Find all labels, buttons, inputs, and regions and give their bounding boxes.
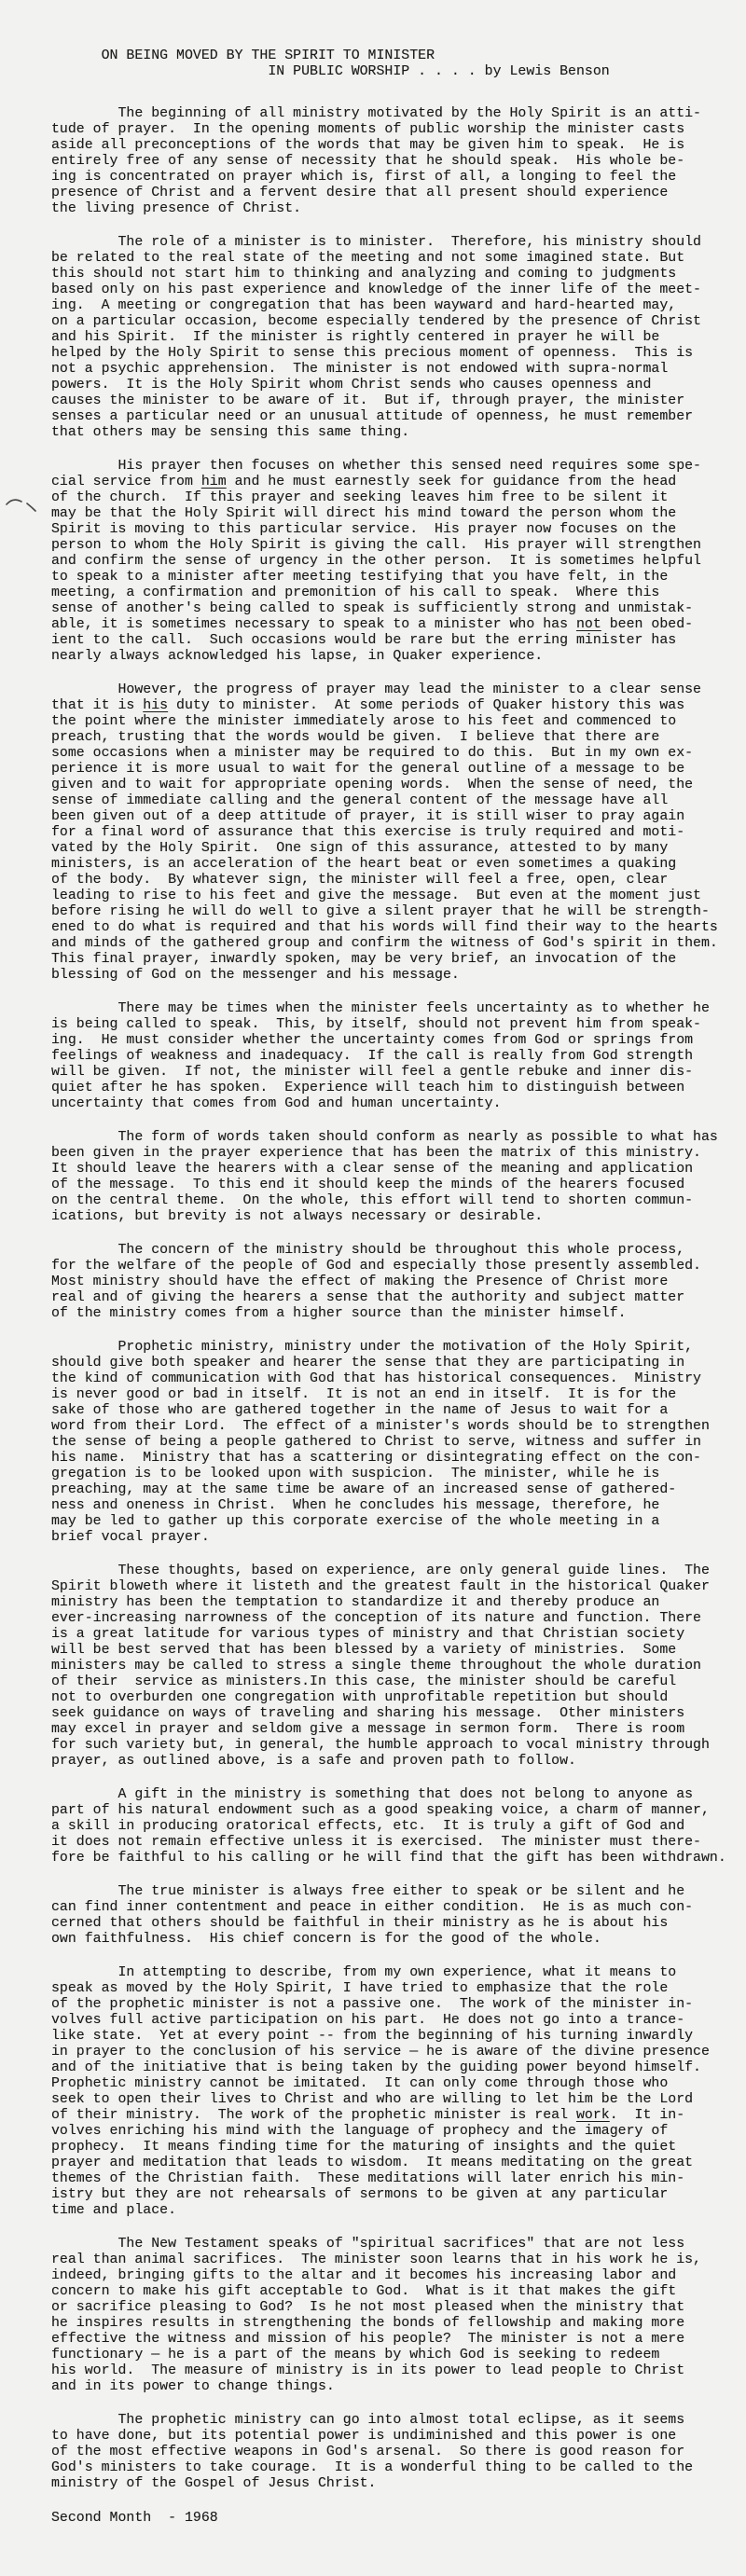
document-page: ON BEING MOVED BY THE SPIRIT TO MINISTER…	[51, 48, 737, 2527]
date-footer: Second Month - 1968	[51, 2511, 737, 2527]
paragraph: The beginning of all ministry motivated …	[51, 106, 737, 217]
paragraph: The prophetic ministry can go into almos…	[51, 2413, 737, 2492]
paragraph: The concern of the ministry should be th…	[51, 1243, 737, 1322]
paragraph: A gift in the ministry is something that…	[51, 1787, 737, 1867]
pencil-mark-icon	[4, 492, 45, 518]
paragraph: In attempting to describe, from my own e…	[51, 1965, 737, 2219]
title-line-2: IN PUBLIC WORSHIP . . . . by Lewis Benso…	[51, 64, 737, 80]
title-line-1: ON BEING MOVED BY THE SPIRIT TO MINISTER	[51, 48, 737, 64]
paragraph: Prophetic ministry, ministry under the m…	[51, 1340, 737, 1546]
paragraph: However, the progress of prayer may lead…	[51, 682, 737, 984]
paragraph: The New Testament speaks of "spiritual s…	[51, 2237, 737, 2395]
underlined-word: him	[201, 475, 227, 489]
underlined-word: work	[576, 2108, 610, 2123]
paragraph: His prayer then focuses on whether this …	[51, 459, 737, 665]
underlined-word: not	[576, 617, 601, 632]
underlined-word: his	[143, 698, 168, 713]
paragraph: There may be times when the minister fee…	[51, 1001, 737, 1112]
paragraph: The form of words taken should conform a…	[51, 1130, 737, 1225]
paragraph: These thoughts, based on experience, are…	[51, 1564, 737, 1770]
document-title: ON BEING MOVED BY THE SPIRIT TO MINISTER…	[51, 48, 737, 80]
paragraphs: The beginning of all ministry motivated …	[51, 106, 737, 2492]
paragraph: The true minister is always free either …	[51, 1884, 737, 1948]
paragraph: The role of a minister is to minister. T…	[51, 235, 737, 441]
